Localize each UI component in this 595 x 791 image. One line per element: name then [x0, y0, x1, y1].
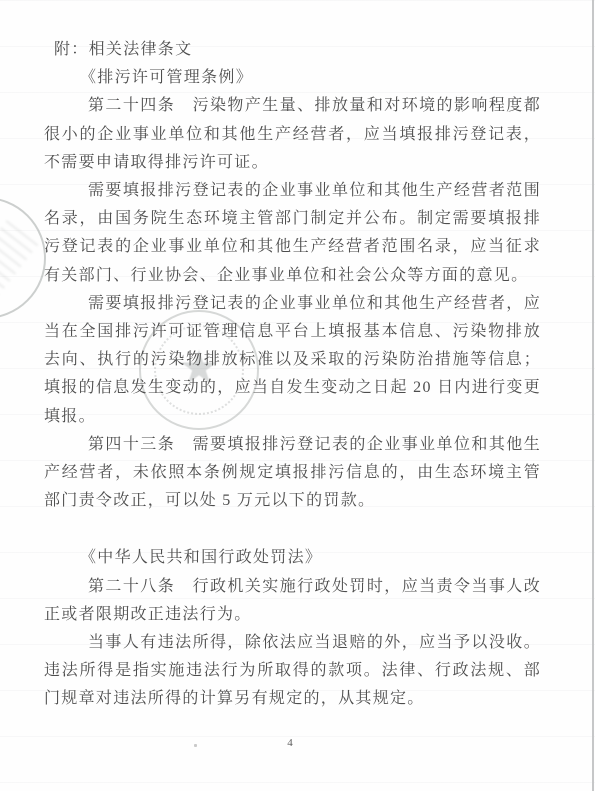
- article-paragraph: 第四十三条 需要填报排污登记表的企业事业单位和其他生产经营者，未依照本条例规定填…: [44, 431, 541, 516]
- attachment-heading: 附：相关法律条文: [44, 36, 541, 64]
- document-body: 附：相关法律条文 《排污许可管理条例》 第二十四条 污染物产生量、排放量和对环境…: [44, 36, 541, 714]
- partial-round-seal-stamp: [0, 197, 46, 319]
- scan-edge-line: [592, 0, 594, 791]
- page-number: 4: [0, 737, 580, 749]
- section-administrative-penalty-law: 《中华人民共和国行政处罚法》 第二十八条 行政机关实施行政处罚时，应当责令当事人…: [44, 544, 541, 713]
- law-title: 《中华人民共和国行政处罚法》: [44, 544, 541, 572]
- article-paragraph: 需要填报排污登记表的企业事业单位和其他生产经营者范围名录，由国务院生态环境主管部…: [44, 177, 541, 290]
- article-paragraph: 第二十四条 污染物产生量、排放量和对环境的影响程度都很小的企业事业单位和其他生产…: [44, 92, 541, 177]
- seal-text-marks: [0, 216, 41, 296]
- article-paragraph: 当事人有违法所得，除依法应当退赔的外，应当予以没收。违法所得是指实施违法行为所取…: [44, 629, 541, 714]
- section-pollution-permit-regulation: 《排污许可管理条例》 第二十四条 污染物产生量、排放量和对环境的影响程度都很小的…: [44, 64, 541, 515]
- article-paragraph: 需要填报排污登记表的企业事业单位和其他生产经营者，应当在全国排污许可证管理信息平…: [44, 290, 541, 431]
- regulation-title: 《排污许可管理条例》: [44, 64, 541, 92]
- scanned-document-page: ★ 附：相关法律条文 《排污许可管理条例》 第二十四条 污染物产生量、排放量和对…: [0, 0, 595, 791]
- article-paragraph: 第二十八条 行政机关实施行政处罚时，应当责令当事人改正或者限期改正违法行为。: [44, 573, 541, 629]
